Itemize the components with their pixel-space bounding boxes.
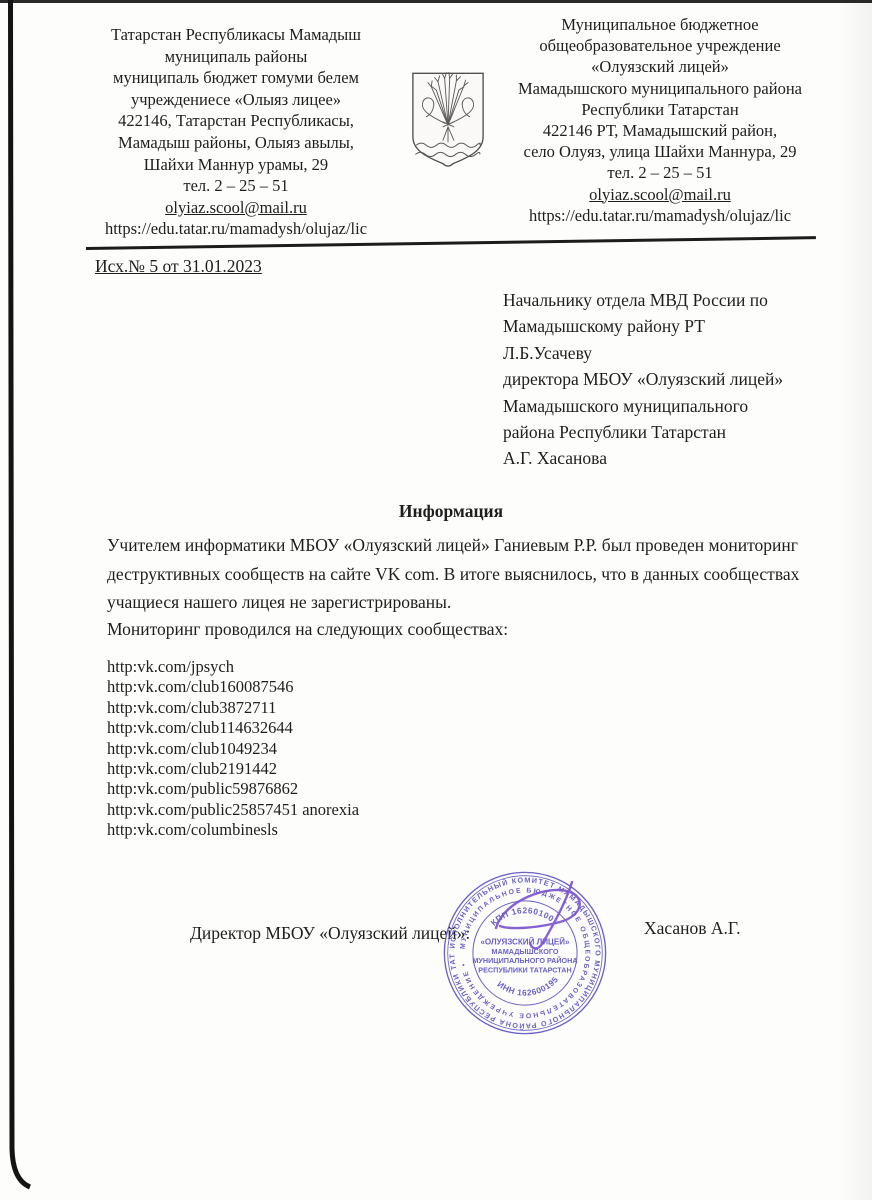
monitoring-intro-line: Мониторинг проводился на следующих сообщ… xyxy=(107,619,508,640)
letterhead-url: https://edu.tatar.ru/mamadysh/olujaz/lic xyxy=(486,205,834,226)
letterhead-phone: тел. 2 – 25 – 51 xyxy=(86,175,386,197)
scan-edge-right-shade xyxy=(838,0,872,1200)
letterhead-tatar-block: Татарстан Республикасы Мамадыш муниципал… xyxy=(86,24,386,240)
link-item: http:vk.com/club114632644 xyxy=(107,718,359,738)
document-title: Информация xyxy=(88,501,814,522)
letterhead-line: общеобразовательное учреждение xyxy=(486,35,834,56)
letterhead-line: Мамадыш районы, Олыяз авылы, xyxy=(86,132,386,154)
link-item: http:vk.com/club1049234 xyxy=(107,739,359,759)
scan-edge-top xyxy=(0,0,872,3)
signer-title: Директор МБОУ «Олуязский лицей»: xyxy=(190,923,470,944)
outgoing-reference-number: Исх.№ 5 от 31.01.2023 xyxy=(95,256,262,277)
addressee-line: района Республики Татарстан xyxy=(503,419,838,445)
letterhead-line: село Олуяз, улица Шайхи Маннура, 29 xyxy=(486,141,834,162)
link-item: http:vk.com/public59876862 xyxy=(107,779,359,799)
letterhead-line: Муниципальное бюджетное xyxy=(486,14,834,35)
scanned-letter-page: Татарстан Республикасы Мамадыш муниципал… xyxy=(0,0,872,1200)
link-item: http:vk.com/jpsych xyxy=(107,657,359,677)
letterhead-line: Мамадышского муниципального района xyxy=(486,78,834,99)
coat-of-arms-icon xyxy=(406,70,490,172)
letterhead-russian-block: Муниципальное бюджетное общеобразователь… xyxy=(486,14,834,226)
addressee-line: Мамадышскому району РТ xyxy=(503,313,838,339)
letterhead-line: муниципаль бюджет гомуми белем xyxy=(86,67,386,89)
letterhead-line: 422146 РТ, Мамадышский район, xyxy=(486,120,834,141)
link-item: http:vk.com/public25857451 anorexia xyxy=(107,800,359,820)
letterhead-line: Шайхи Маннур урамы, 29 xyxy=(86,154,386,176)
monitored-links-list: http:vk.com/jpsych http:vk.com/club16008… xyxy=(107,657,359,841)
addressee-line: Мамадышского муниципального xyxy=(503,393,838,419)
stamp-center-line: РЕСПУБЛИКИ ТАТАРСТАН xyxy=(478,965,571,974)
addressee-line: Начальнику отдела МВД России по xyxy=(503,287,838,313)
addressee-line: Л.Б.Усачеву xyxy=(503,340,838,366)
signer-name: Хасанов А.Г. xyxy=(644,918,740,939)
letterhead-line: Татарстан Республикасы Мамадыш xyxy=(86,24,386,46)
letterhead-line: учреждениесе «Олыяз лицее» xyxy=(86,89,386,111)
letterhead-email: olyiaz.scool@mail.ru xyxy=(486,184,834,205)
addressee-line: А.Г. Хасанова xyxy=(503,445,838,471)
link-item: http:vk.com/club2191442 xyxy=(107,759,359,779)
body-paragraph: Учителем информатики МБОУ «Олуязский лиц… xyxy=(107,531,807,617)
addressee-block: Начальнику отдела МВД России по Мамадышс… xyxy=(503,287,838,472)
letterhead-url: https://edu.tatar.ru/mamadysh/olujaz/lic xyxy=(86,218,386,240)
link-item: http:vk.com/club160087546 xyxy=(107,677,359,697)
letterhead-line: 422146, Татарстан Республикасы, xyxy=(86,110,386,132)
addressee-line: директора МБОУ «Олуязский лицей» xyxy=(503,366,838,392)
letterhead-phone: тел. 2 – 25 – 51 xyxy=(486,162,834,183)
letterhead-email: olyiaz.scool@mail.ru xyxy=(86,197,386,219)
letterhead-line: «Олуязский лицей» xyxy=(486,56,834,77)
scan-edge-left xyxy=(0,0,40,1200)
handwritten-signature xyxy=(488,876,604,958)
letterhead-line: муниципаль районы xyxy=(86,46,386,68)
link-item: http:vk.com/columbinesls xyxy=(107,820,359,840)
link-item: http:vk.com/club3872711 xyxy=(107,698,359,718)
letterhead-line: Республики Татарстан xyxy=(486,99,834,120)
